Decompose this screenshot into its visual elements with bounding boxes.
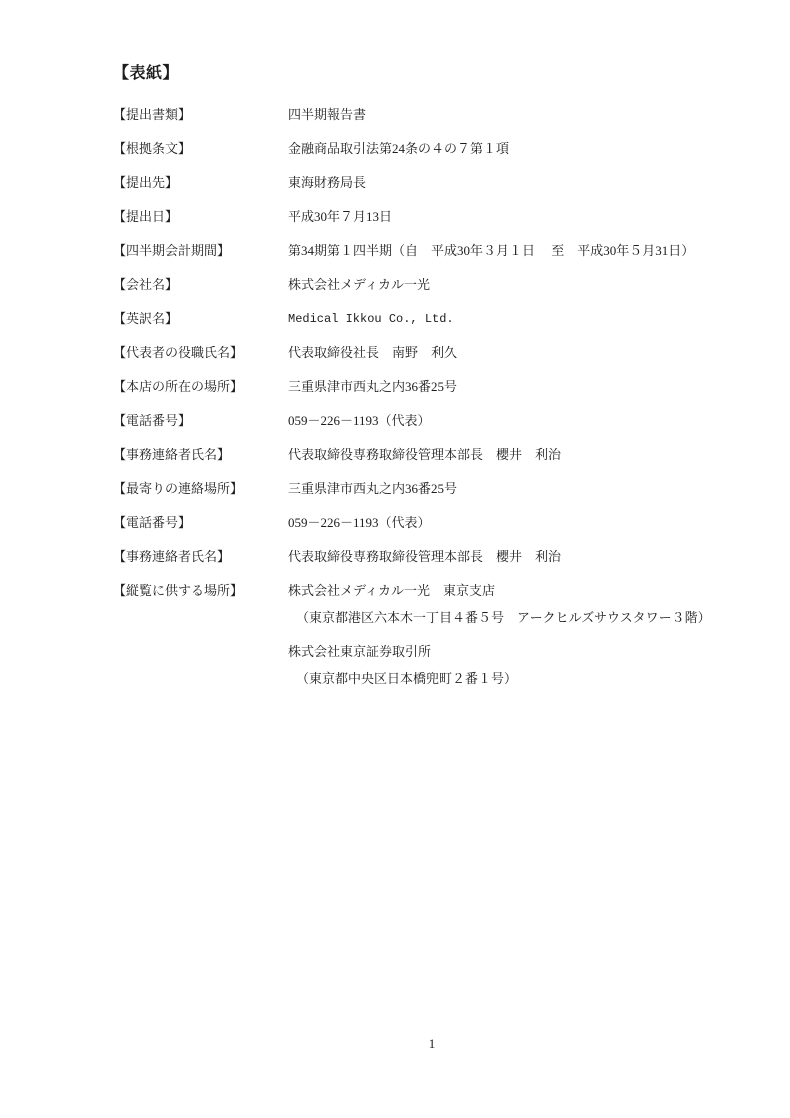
row-value: 代表取締役社長 南野 利久 bbox=[288, 344, 720, 362]
row-label: 【代表者の役職氏名】 bbox=[113, 344, 288, 362]
inspection-place: 株式会社東京証券取引所 （東京都中央区日本橋兜町２番１号） bbox=[288, 643, 720, 688]
row-value: 059－226－1193（代表） bbox=[288, 514, 720, 532]
row-label: 【縦覧に供する場所】 bbox=[113, 582, 288, 600]
row-value: 三重県津市西丸之内36番25号 bbox=[288, 480, 720, 498]
row-label: 【会社名】 bbox=[113, 276, 288, 294]
document-page: 【表紙】 【提出書類】 四半期報告書 【根拠条文】 金融商品取引法第24条の４の… bbox=[0, 0, 790, 1118]
page-number: 1 bbox=[429, 1036, 436, 1052]
row-label: 【英訳名】 bbox=[113, 310, 288, 328]
table-row: 【英訳名】 Medical Ikkou Co., Ltd. bbox=[113, 310, 720, 328]
inspection-place-address: （東京都港区六本木一丁目４番５号 アークヒルズサウスタワー３階） bbox=[288, 609, 720, 627]
table-row: 【電話番号】 059－226－1193（代表） bbox=[113, 412, 720, 430]
row-value: 059－226－1193（代表） bbox=[288, 412, 720, 430]
row-label: 【四半期会計期間】 bbox=[113, 242, 288, 260]
row-label: 【最寄りの連絡場所】 bbox=[113, 480, 288, 498]
page-title: 【表紙】 bbox=[113, 64, 720, 84]
table-row: 【電話番号】 059－226－1193（代表） bbox=[113, 514, 720, 532]
row-value: 東海財務局長 bbox=[288, 174, 720, 192]
row-value: 株式会社メディカル一光 東京支店 （東京都港区六本木一丁目４番５号 アークヒルズ… bbox=[288, 582, 720, 688]
row-value: 第34期第１四半期（自 平成30年３月１日 至 平成30年５月31日） bbox=[288, 242, 720, 260]
row-value: 平成30年７月13日 bbox=[288, 208, 720, 226]
table-row: 【代表者の役職氏名】 代表取締役社長 南野 利久 bbox=[113, 344, 720, 362]
row-label: 【電話番号】 bbox=[113, 514, 288, 532]
inspection-place-name: 株式会社東京証券取引所 bbox=[288, 643, 720, 661]
cover-table: 【提出書類】 四半期報告書 【根拠条文】 金融商品取引法第24条の４の７第１項 … bbox=[113, 106, 720, 688]
table-row: 【最寄りの連絡場所】 三重県津市西丸之内36番25号 bbox=[113, 480, 720, 498]
table-row: 【事務連絡者氏名】 代表取締役専務取締役管理本部長 櫻井 利治 bbox=[113, 548, 720, 566]
row-value: 金融商品取引法第24条の４の７第１項 bbox=[288, 140, 720, 158]
row-value: 代表取締役専務取締役管理本部長 櫻井 利治 bbox=[288, 446, 720, 464]
row-value: Medical Ikkou Co., Ltd. bbox=[288, 310, 720, 328]
row-label: 【提出先】 bbox=[113, 174, 288, 192]
row-label: 【事務連絡者氏名】 bbox=[113, 548, 288, 566]
table-row: 【本店の所在の場所】 三重県津市西丸之内36番25号 bbox=[113, 378, 720, 396]
cover-page-content: 【表紙】 【提出書類】 四半期報告書 【根拠条文】 金融商品取引法第24条の４の… bbox=[113, 64, 720, 704]
table-row: 【事務連絡者氏名】 代表取締役専務取締役管理本部長 櫻井 利治 bbox=[113, 446, 720, 464]
row-value: 代表取締役専務取締役管理本部長 櫻井 利治 bbox=[288, 548, 720, 566]
table-row: 【提出先】 東海財務局長 bbox=[113, 174, 720, 192]
row-value: 三重県津市西丸之内36番25号 bbox=[288, 378, 720, 396]
row-label: 【事務連絡者氏名】 bbox=[113, 446, 288, 464]
row-label: 【根拠条文】 bbox=[113, 140, 288, 158]
row-value: 株式会社メディカル一光 bbox=[288, 276, 720, 294]
table-row: 【提出書類】 四半期報告書 bbox=[113, 106, 720, 124]
table-row: 【四半期会計期間】 第34期第１四半期（自 平成30年３月１日 至 平成30年５… bbox=[113, 242, 720, 260]
inspection-place-name: 株式会社メディカル一光 東京支店 bbox=[288, 582, 720, 600]
row-value: 四半期報告書 bbox=[288, 106, 720, 124]
inspection-place: 株式会社メディカル一光 東京支店 （東京都港区六本木一丁目４番５号 アークヒルズ… bbox=[288, 582, 720, 627]
table-row-inspection-places: 【縦覧に供する場所】 株式会社メディカル一光 東京支店 （東京都港区六本木一丁目… bbox=[113, 582, 720, 688]
row-label: 【本店の所在の場所】 bbox=[113, 378, 288, 396]
table-row: 【提出日】 平成30年７月13日 bbox=[113, 208, 720, 226]
table-row: 【会社名】 株式会社メディカル一光 bbox=[113, 276, 720, 294]
table-row: 【根拠条文】 金融商品取引法第24条の４の７第１項 bbox=[113, 140, 720, 158]
row-label: 【提出書類】 bbox=[113, 106, 288, 124]
inspection-place-address: （東京都中央区日本橋兜町２番１号） bbox=[288, 670, 720, 688]
row-label: 【提出日】 bbox=[113, 208, 288, 226]
row-label: 【電話番号】 bbox=[113, 412, 288, 430]
